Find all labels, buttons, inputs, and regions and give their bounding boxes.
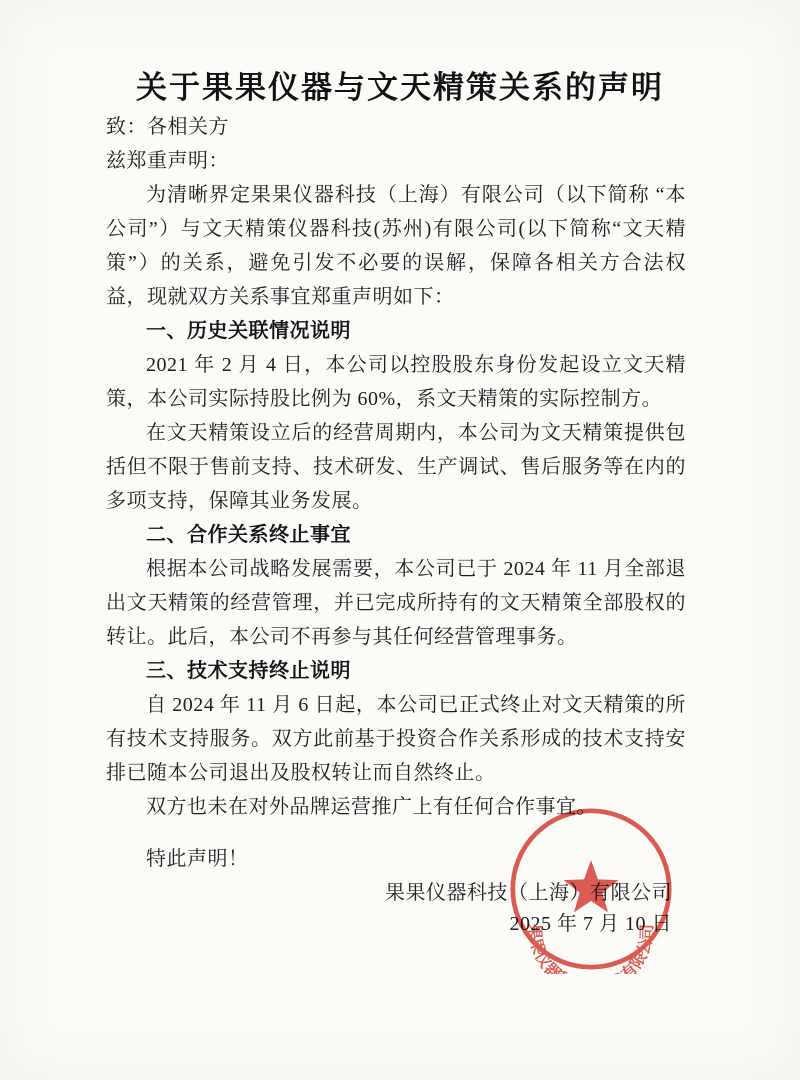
intro-paragraph: 为清晰界定果果仪器科技（上海）有限公司（以下简称 “本公司”）与文天精策仪器科技…	[106, 178, 686, 314]
section-2-heading: 二、合作关系终止事宜	[106, 518, 686, 552]
signature-company: 果果仪器科技（上海）有限公司	[106, 878, 672, 909]
closing-statement: 特此声明！	[106, 842, 686, 876]
section-1-paragraph-2: 在文天精策设立后的经营周期内，本公司为文天精策提供包括但不限于售前支持、技术研发…	[106, 416, 686, 518]
section-3-heading: 三、技术支持终止说明	[106, 654, 686, 688]
to-line: 致：各相关方	[106, 110, 686, 144]
section-1-heading: 一、历史关联情况说明	[106, 314, 686, 348]
section-2-paragraph-1: 根据本公司战略发展需要，本公司已于 2024 年 11 月全部退出文天精策的经营…	[106, 552, 686, 654]
section-3-paragraph-2: 双方也未在对外品牌运营推广上有任何合作事宜。	[106, 790, 686, 824]
page-title: 关于果果仪器与文天精策关系的声明	[0, 62, 800, 107]
document-page: 关于果果仪器与文天精策关系的声明 致：各相关方 兹郑重声明： 为清晰界定果果仪器…	[0, 0, 800, 1080]
signature-block: 果果仪器科技（上海）有限公司 2025 年 7 月 10 日	[106, 878, 686, 940]
section-1-paragraph-1: 2021 年 2 月 4 日，本公司以控股股东身份发起设立文天精策，本公司实际持…	[106, 348, 686, 416]
signature-date: 2025 年 7 月 10 日	[106, 909, 672, 940]
document-body: 致：各相关方 兹郑重声明： 为清晰界定果果仪器科技（上海）有限公司（以下简称 “…	[106, 110, 686, 940]
declare-line: 兹郑重声明：	[106, 144, 686, 178]
section-3-paragraph-1: 自 2024 年 11 月 6 日起，本公司已正式终止对文天精策的所有技术支持服…	[106, 688, 686, 790]
